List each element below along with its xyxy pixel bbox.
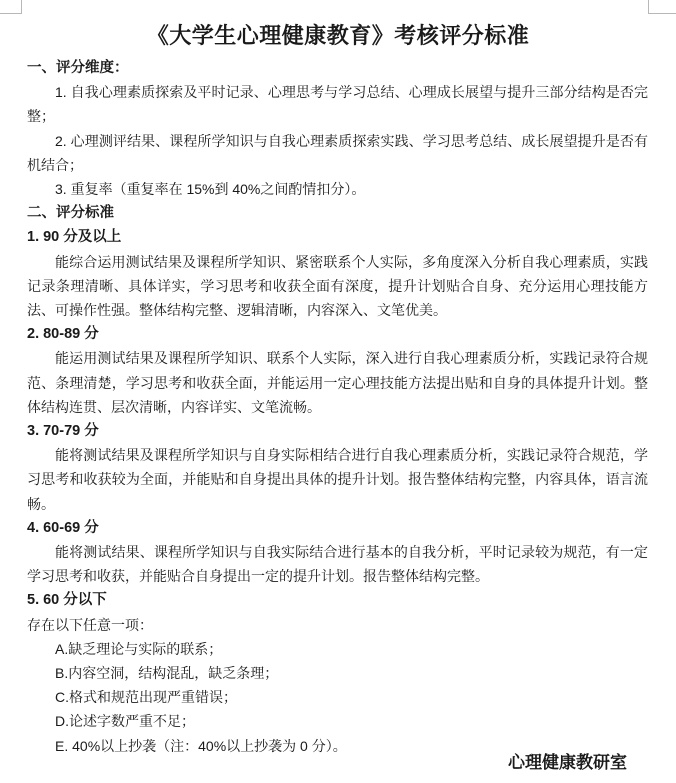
grade-heading: 4. 60-69 分	[27, 516, 648, 540]
dimension-item: 1. 自我心理素质探索及平时记录、心理思考与学习总结、心理成长展望与提升三部分结…	[27, 80, 648, 128]
section-heading: 一、评分维度：	[27, 56, 648, 80]
fail-condition-item: B.内容空洞，结构混乱，缺乏条理；	[27, 661, 648, 685]
margin-crop-mark-top-right-vertical	[648, 0, 649, 14]
document-body: 一、评分维度：1. 自我心理素质探索及平时记录、心理思考与学习总结、心理成长展望…	[27, 56, 648, 758]
document-page: 《大学生心理健康教育》考核评分标准 一、评分维度：1. 自我心理素质探索及平时记…	[0, 0, 676, 783]
margin-crop-mark-top-left-vertical	[21, 0, 22, 14]
grade-heading: 5. 60 分以下	[27, 588, 648, 612]
margin-crop-mark-top-right-horizontal	[648, 13, 676, 14]
fail-condition-item: C.格式和规范出现严重错误；	[27, 685, 648, 709]
document-footer-signature: 心理健康教研室	[508, 752, 627, 774]
grade-heading: 3. 70-79 分	[27, 419, 648, 443]
criteria-paragraph: 能运用测试结果及课程所学知识、联系个人实际，深入进行自我心理素质分析，实践记录符…	[27, 346, 648, 419]
fail-condition-item: A.缺乏理论与实际的联系；	[27, 637, 648, 661]
grade-heading: 1. 90 分及以上	[27, 225, 648, 249]
grade-heading: 2. 80-89 分	[27, 322, 648, 346]
lead-text: 存在以下任意一项：	[27, 613, 648, 637]
fail-condition-item: D.论述字数严重不足；	[27, 709, 648, 733]
section-heading: 二、评分标准	[27, 201, 648, 225]
criteria-paragraph: 能将测试结果、课程所学知识与自我实际结合进行基本的自我分析，平时记录较为规范，有…	[27, 540, 648, 588]
dimension-item: 3. 重复率（重复率在 15%到 40%之间酌情扣分）。	[27, 177, 648, 201]
criteria-paragraph: 能综合运用测试结果及课程所学知识、紧密联系个人实际，多角度深入分析自我心理素质，…	[27, 250, 648, 323]
margin-crop-mark-top-left-horizontal	[0, 13, 21, 14]
dimension-item: 2. 心理测评结果、课程所学知识与自我心理素质探索实践、学习思考总结、成长展望提…	[27, 129, 648, 177]
document-title: 《大学生心理健康教育》考核评分标准	[0, 0, 676, 51]
criteria-paragraph: 能将测试结果及课程所学知识与自身实际相结合进行自我心理素质分析，实践记录符合规范…	[27, 443, 648, 516]
